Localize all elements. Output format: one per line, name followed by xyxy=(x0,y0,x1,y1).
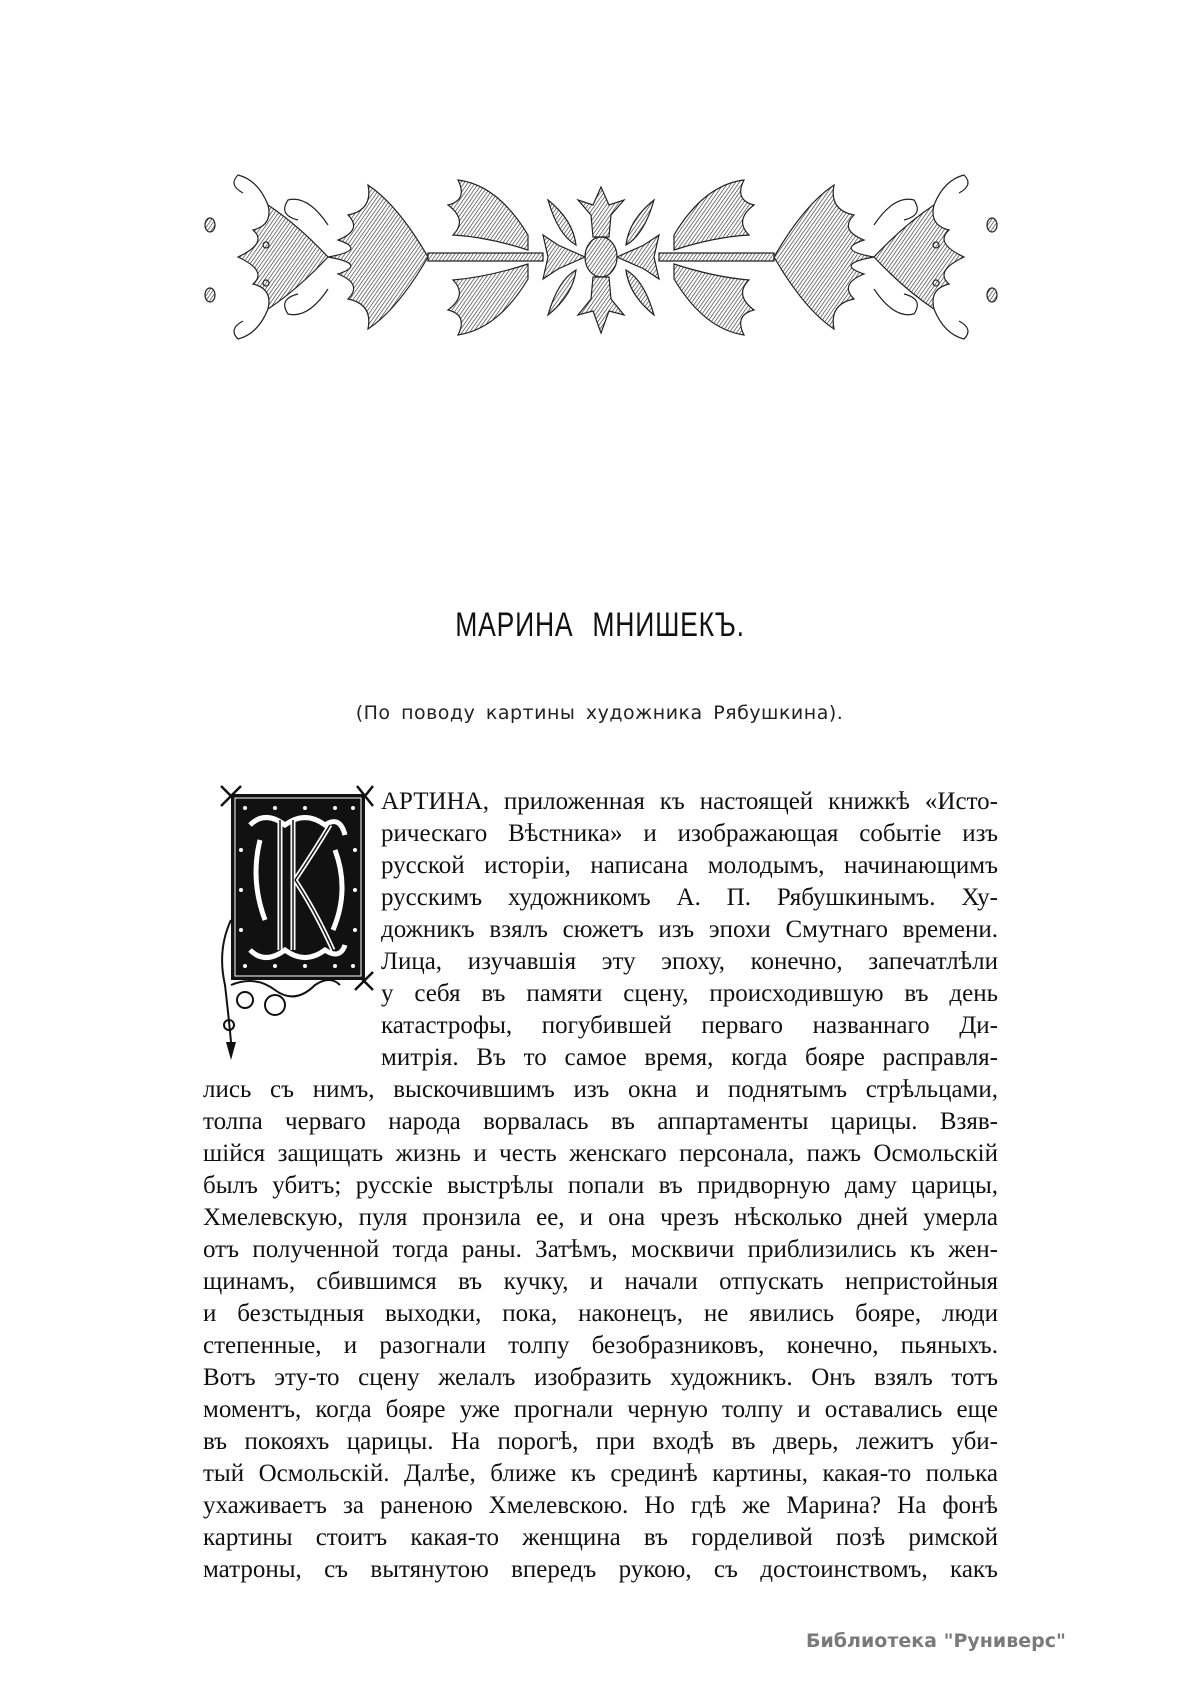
text-line: русской исторіи, написана молодымъ, начи… xyxy=(381,850,998,882)
text-line: лись съ нимъ, выскочившимъ изъ окна и по… xyxy=(203,1074,998,1106)
text-line: Вотъ эту-то сцену желалъ изобразить худо… xyxy=(203,1362,998,1394)
text-line: шійся защищать жизнь и честь женскаго пе… xyxy=(203,1138,998,1170)
text-line: Хмелевскую, пуля пронзила ее, и она чрез… xyxy=(203,1202,998,1234)
article-title: МАРИНА МНИШЕКЪ. xyxy=(132,606,1067,645)
text-line: ухаживаетъ за раненою Хмелевскою. Но гдѣ… xyxy=(203,1490,998,1522)
text-line: и безстыдныя выходки, пока, наконецъ, не… xyxy=(203,1298,998,1330)
article-subtitle: (По поводу картины художника Рябушкина). xyxy=(0,702,1199,724)
text-line: въ покояхъ царицы. На порогѣ, при входѣ … xyxy=(203,1426,998,1458)
text-line: у себя въ памяти сцену, происходившую въ… xyxy=(381,978,998,1010)
text-line: АРТИНА, приложенная къ настоящей книжкѣ … xyxy=(381,786,998,818)
text-line: толпа черваго народа ворвалась въ аппарт… xyxy=(203,1106,998,1138)
floral-headpiece-ornament-icon xyxy=(198,165,1004,350)
library-watermark: Библиотека "Руниверс" xyxy=(806,1630,1066,1652)
text-line: рическаго Вѣстника» и изображающая событ… xyxy=(381,818,998,850)
text-line: моментъ, когда бояре уже прогнали черную… xyxy=(203,1394,998,1426)
text-line: отъ полученной тогда раны. Затѣмъ, москв… xyxy=(203,1234,998,1266)
text-line: былъ убитъ; русскіе выстрѣлы попали въ п… xyxy=(203,1170,998,1202)
text-line: катастрофы, погубившей перваго названнаг… xyxy=(381,1010,998,1042)
text-line: русскимъ художникомъ А. П. Рябушкинымъ. … xyxy=(381,882,998,914)
text-line: степенные, и разогнали толпу безобразник… xyxy=(203,1330,998,1362)
text-line: митрія. Въ то самое время, когда бояре р… xyxy=(381,1042,998,1074)
text-line: матроны, съ вытянутою впередъ рукою, съ … xyxy=(203,1554,998,1586)
text-line: картины стоитъ какая-то женщина въ горде… xyxy=(203,1522,998,1554)
text-line: Лица, изучавшія эту эпоху, конечно, запе… xyxy=(381,946,998,978)
text-line: тый Осмольскій. Далѣе, ближе къ срединѣ … xyxy=(203,1458,998,1490)
text-line: дожникъ взялъ сюжетъ изъ эпохи Смутнаго … xyxy=(381,914,998,946)
article-body: АРТИНА, приложенная къ настоящей книжкѣ … xyxy=(203,786,998,1586)
text-line: щинамъ, сбившимся въ кучку, и начали отп… xyxy=(203,1266,998,1298)
